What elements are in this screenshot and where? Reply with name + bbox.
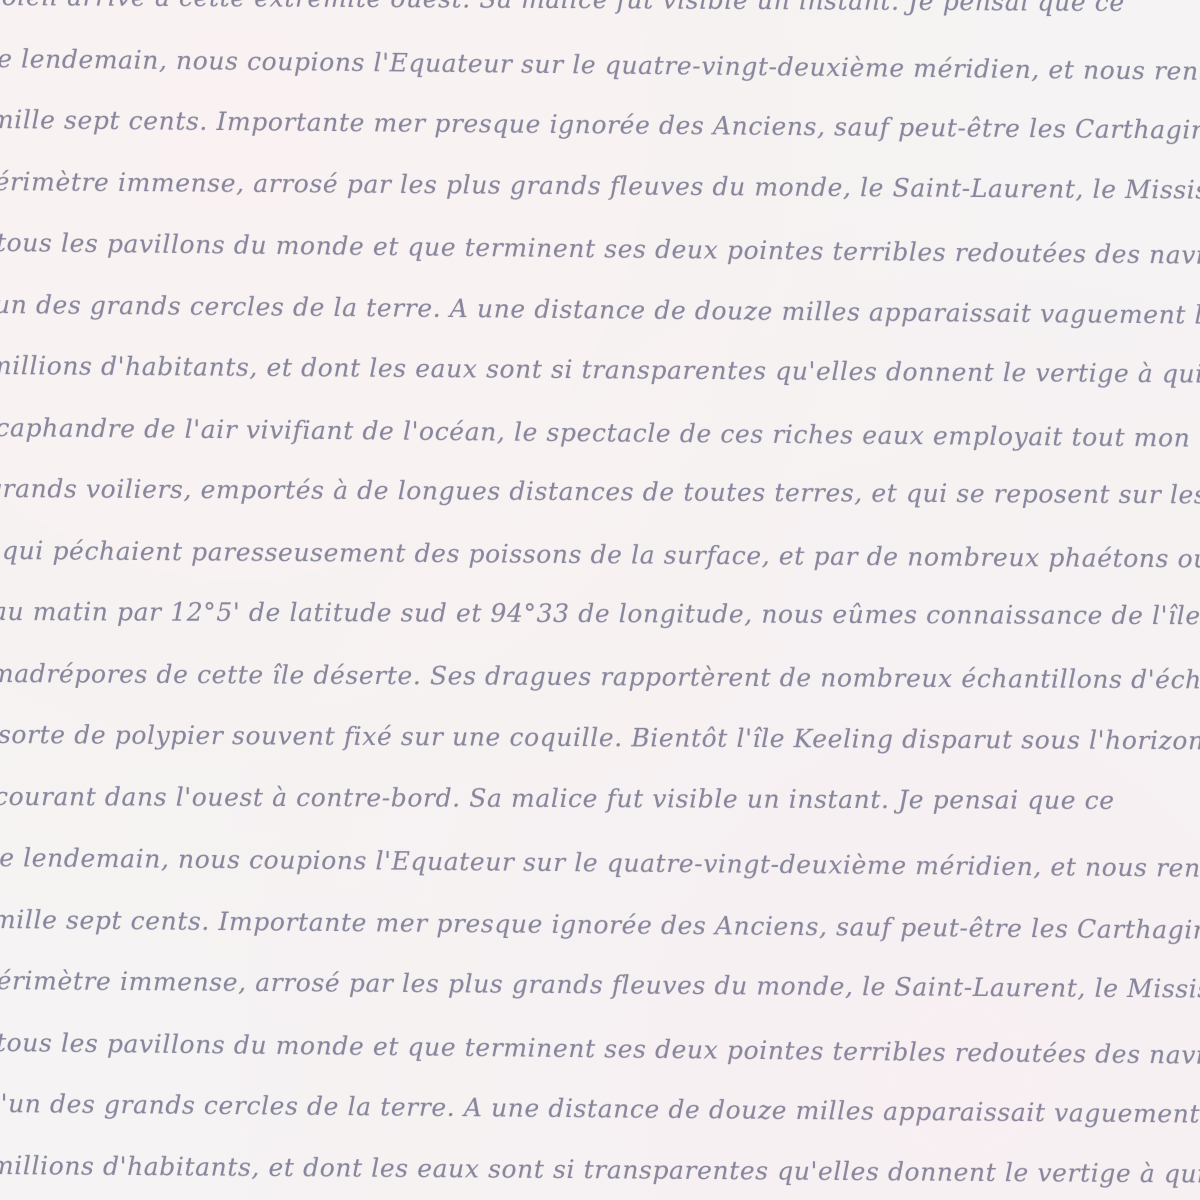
handwritten-line: millions d'habitants, et dont les eaux s…	[0, 1151, 1200, 1190]
handwritten-line: scaphandre de l'air vivifiant de l'océan…	[0, 413, 1200, 454]
handwritten-line: sorte de polypier souvent fixé sur une c…	[0, 720, 1200, 755]
handwritten-page: Soleil arrivé à cette extrémité ouest. S…	[0, 0, 1200, 1200]
handwritten-line: périmètre immense, arrosé par les plus g…	[0, 966, 1200, 1004]
handwritten-line: Le lendemain, nous coupions l'Equateur s…	[0, 843, 1200, 884]
handwritten-line: Le lendemain, nous coupions l'Equateur s…	[0, 44, 1200, 87]
handwritten-line: un des grands cercles de la terre. A une…	[0, 290, 1200, 331]
handwritten-line: millions d'habitants, et dont les eaux s…	[0, 351, 1200, 390]
handwritten-line: au matin par 12°5' de latitude sud et 94…	[0, 597, 1200, 630]
handwritten-line: tous les pavillons du monde et que termi…	[0, 228, 1200, 272]
handwritten-line: mille sept cents. Importante mer presque…	[0, 105, 1200, 146]
handwritten-line: courant dans l'ouest à contre-bord. Sa m…	[0, 782, 1115, 815]
handwritten-line: l'un des grands cercles de la terre. A u…	[0, 1089, 1200, 1130]
handwritten-line: Soleil arrivé à cette extrémité ouest. S…	[0, 0, 1125, 17]
handwritten-line: madrépores de cette île déserte. Ses dra…	[0, 659, 1200, 695]
handwritten-line: mille sept cents. Importante mer presque…	[0, 905, 1200, 946]
handwritten-line: grands voiliers, emportés à de longues d…	[0, 474, 1200, 509]
handwritten-line: périmètre immense, arrosé par les plus g…	[0, 167, 1200, 205]
handwritten-line: qui péchaient paresseusement des poisson…	[2, 536, 1200, 574]
handwritten-line: tous les pavillons du monde et que termi…	[0, 1028, 1200, 1072]
